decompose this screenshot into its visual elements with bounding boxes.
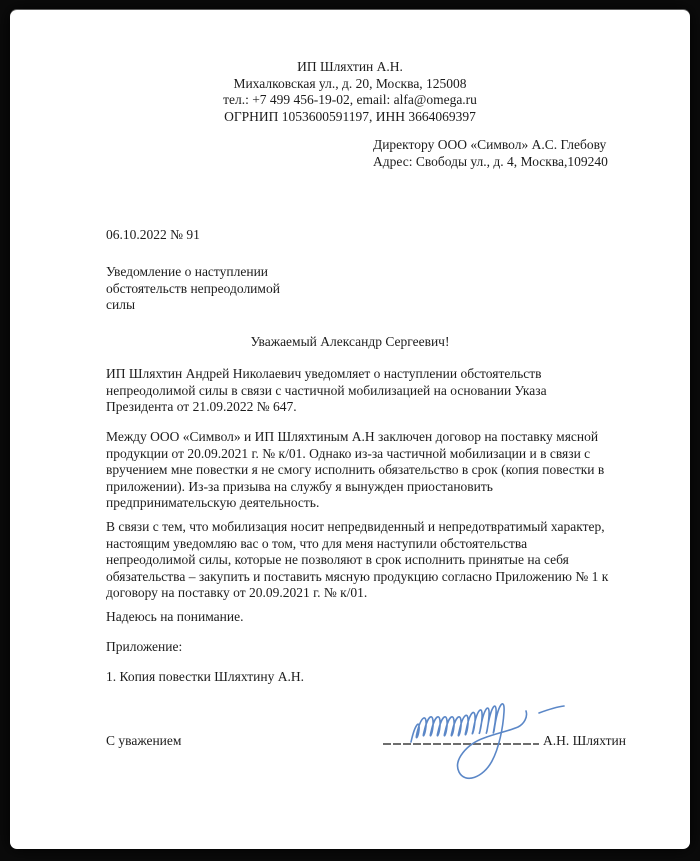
date-number-line: 06.10.2022 № 91 — [106, 227, 200, 244]
salutation: Уважаемый Александр Сергеевич! — [10, 334, 690, 351]
attachment-item-1: 1. Копия повестки Шляхтину А.Н. — [106, 669, 304, 686]
attachments-label: Приложение: — [106, 639, 182, 656]
subject-block: Уведомление о наступлении обстоятельств … — [106, 264, 326, 314]
body-paragraph-2: Между ООО «Символ» и ИП Шляхтиным А.Н за… — [106, 429, 631, 512]
body-paragraph-1: ИП Шляхтин Андрей Николаевич уведомляет … — [106, 366, 631, 416]
signature-stroke — [411, 704, 564, 779]
sender-contacts: тел.: +7 499 456-19-02, email: alfa@omeg… — [10, 92, 690, 109]
recipient-address: Адрес: Свободы ул., д. 4, Москва,109240 — [373, 154, 673, 171]
recipient-title: Директору ООО «Символ» А.С. Глебову — [373, 137, 673, 154]
sender-name: ИП Шляхтин А.Н. — [10, 59, 690, 76]
sender-block: ИП Шляхтин А.Н. Михалковская ул., д. 20,… — [10, 59, 690, 125]
closing-regards: С уважением — [106, 733, 181, 750]
backdrop: ИП Шляхтин А.Н. Михалковская ул., д. 20,… — [0, 0, 700, 861]
hope-line: Надеюсь на понимание. — [106, 609, 244, 626]
letter-page: ИП Шляхтин А.Н. Михалковская ул., д. 20,… — [10, 10, 690, 849]
body-paragraph-3: В связи с тем, что мобилизация носит неп… — [106, 519, 631, 602]
recipient-block: Директору ООО «Символ» А.С. Глебову Адре… — [373, 137, 673, 170]
signer-name: А.Н. Шляхтин — [543, 733, 626, 750]
sender-registration: ОГРНИП 1053600591197, ИНН 3664069397 — [10, 109, 690, 126]
sender-address: Михалковская ул., д. 20, Москва, 125008 — [10, 76, 690, 93]
